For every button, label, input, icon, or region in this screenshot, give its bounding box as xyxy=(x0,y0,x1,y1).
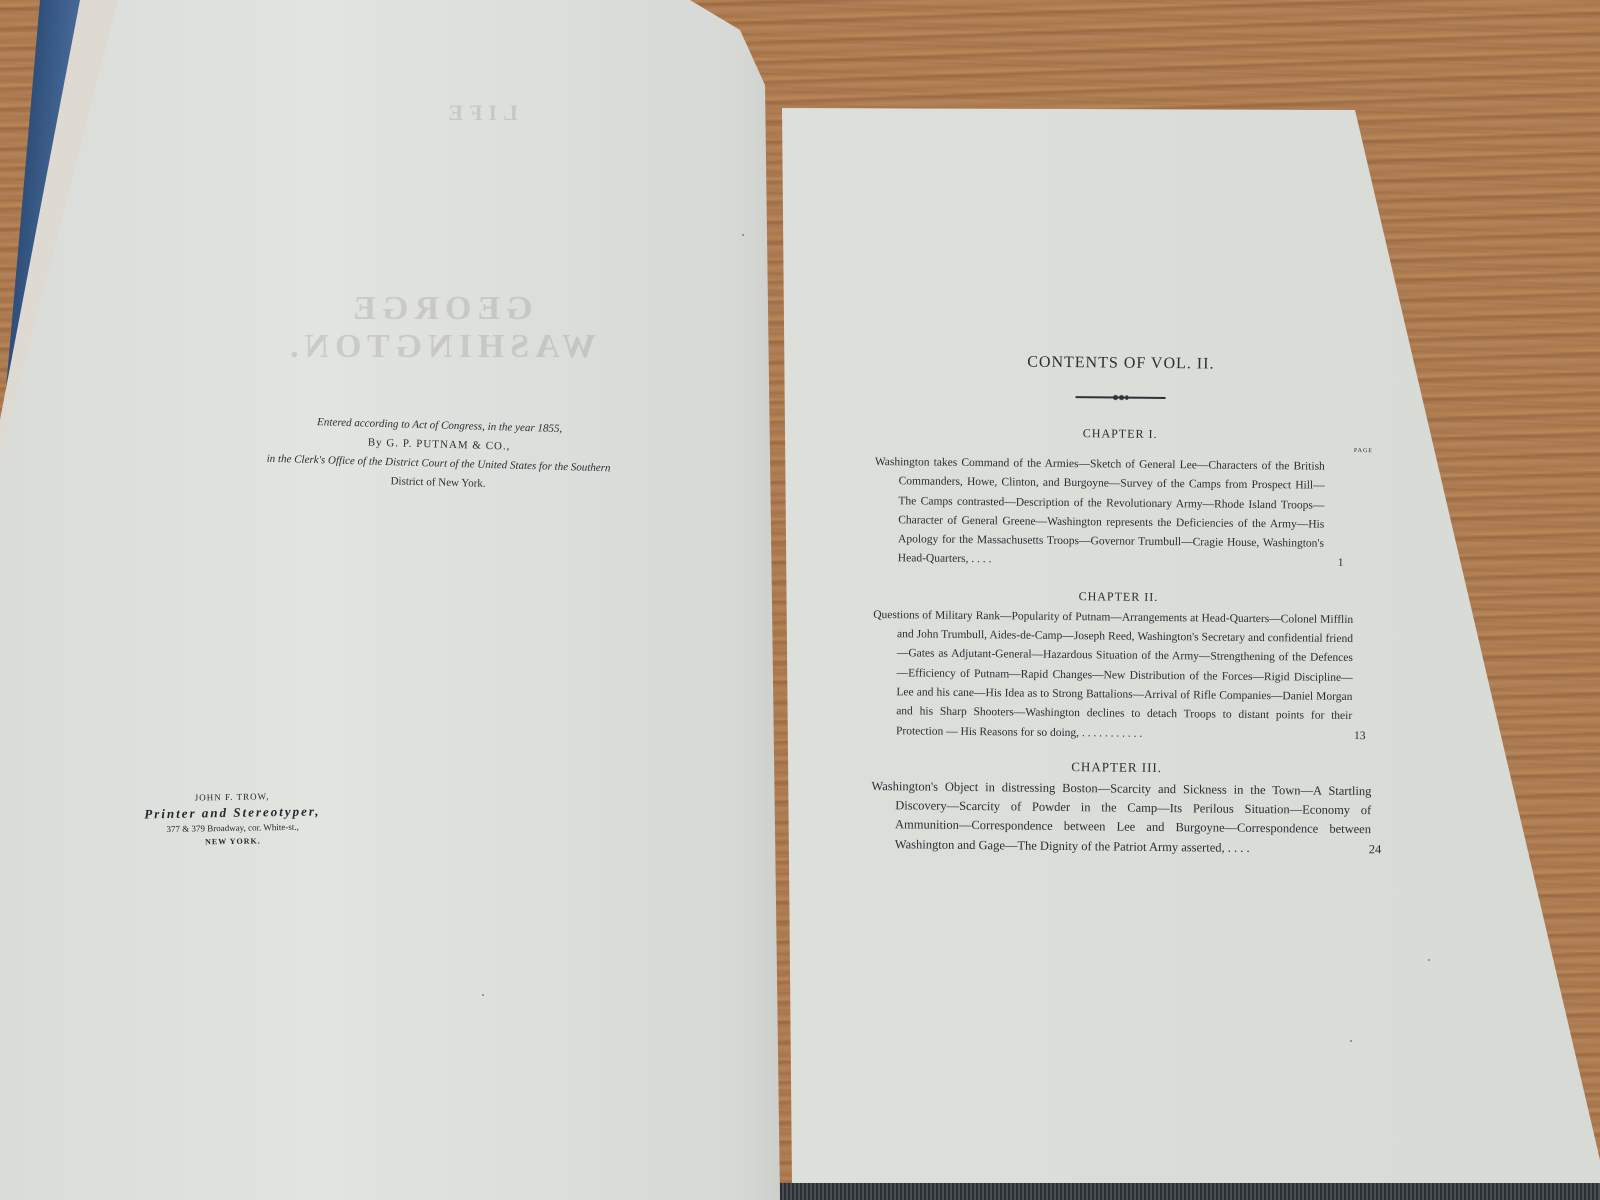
ornament-dots-icon xyxy=(1113,394,1129,400)
table-of-contents: CONTENTS OF VOL. II. CHAPTER I. PAGE Was… xyxy=(871,352,1346,859)
ornament-rule xyxy=(1076,396,1166,399)
chapter-summary-text: Washington takes Command of the Armies—S… xyxy=(875,456,1325,566)
chapter-2: CHAPTER II. Questions of Military Rank—P… xyxy=(872,587,1344,746)
ghost-title-life: LIFE xyxy=(380,100,580,126)
chapter-title: CHAPTER II. xyxy=(873,587,1343,607)
chapter-summary: Washington's Object in distressing Bosto… xyxy=(871,777,1372,859)
chapter-3: CHAPTER III. Washington's Object in dist… xyxy=(871,757,1342,859)
paper-speck xyxy=(482,994,484,996)
paper-speck xyxy=(742,234,744,236)
chapter-summary: Questions of Military Rank—Popularity of… xyxy=(872,606,1353,746)
chapter-summary-text: Washington's Object in distressing Bosto… xyxy=(871,779,1371,855)
book-bottom-edge xyxy=(780,1183,1600,1200)
contents-title: CONTENTS OF VOL. II. xyxy=(876,352,1346,375)
chapter-1: CHAPTER I. PAGE Washington takes Command… xyxy=(874,424,1345,574)
chapter-summary: Washington takes Command of the Armies—S… xyxy=(874,453,1345,574)
printer-imprint: JOHN F. TROW, Printer and Stereotyper, 3… xyxy=(112,788,353,851)
paper-speck xyxy=(1350,1040,1352,1042)
ghost-title-name: GEORGE WASHINGTON. xyxy=(200,290,680,366)
chapter-title: CHAPTER I. xyxy=(875,424,1345,444)
chapter-title: CHAPTER III. xyxy=(872,757,1342,778)
copyright-notice: Entered according to Act of Congress, in… xyxy=(203,410,675,499)
left-page: LIFE GEORGE WASHINGTON. Entered accordin… xyxy=(0,0,800,1200)
printer-city: NEW YORK. xyxy=(113,833,353,851)
chapter-summary-text: Questions of Military Rank—Popularity of… xyxy=(873,609,1353,740)
page-column-label: PAGE xyxy=(875,443,1373,454)
paper-speck xyxy=(1428,959,1430,961)
